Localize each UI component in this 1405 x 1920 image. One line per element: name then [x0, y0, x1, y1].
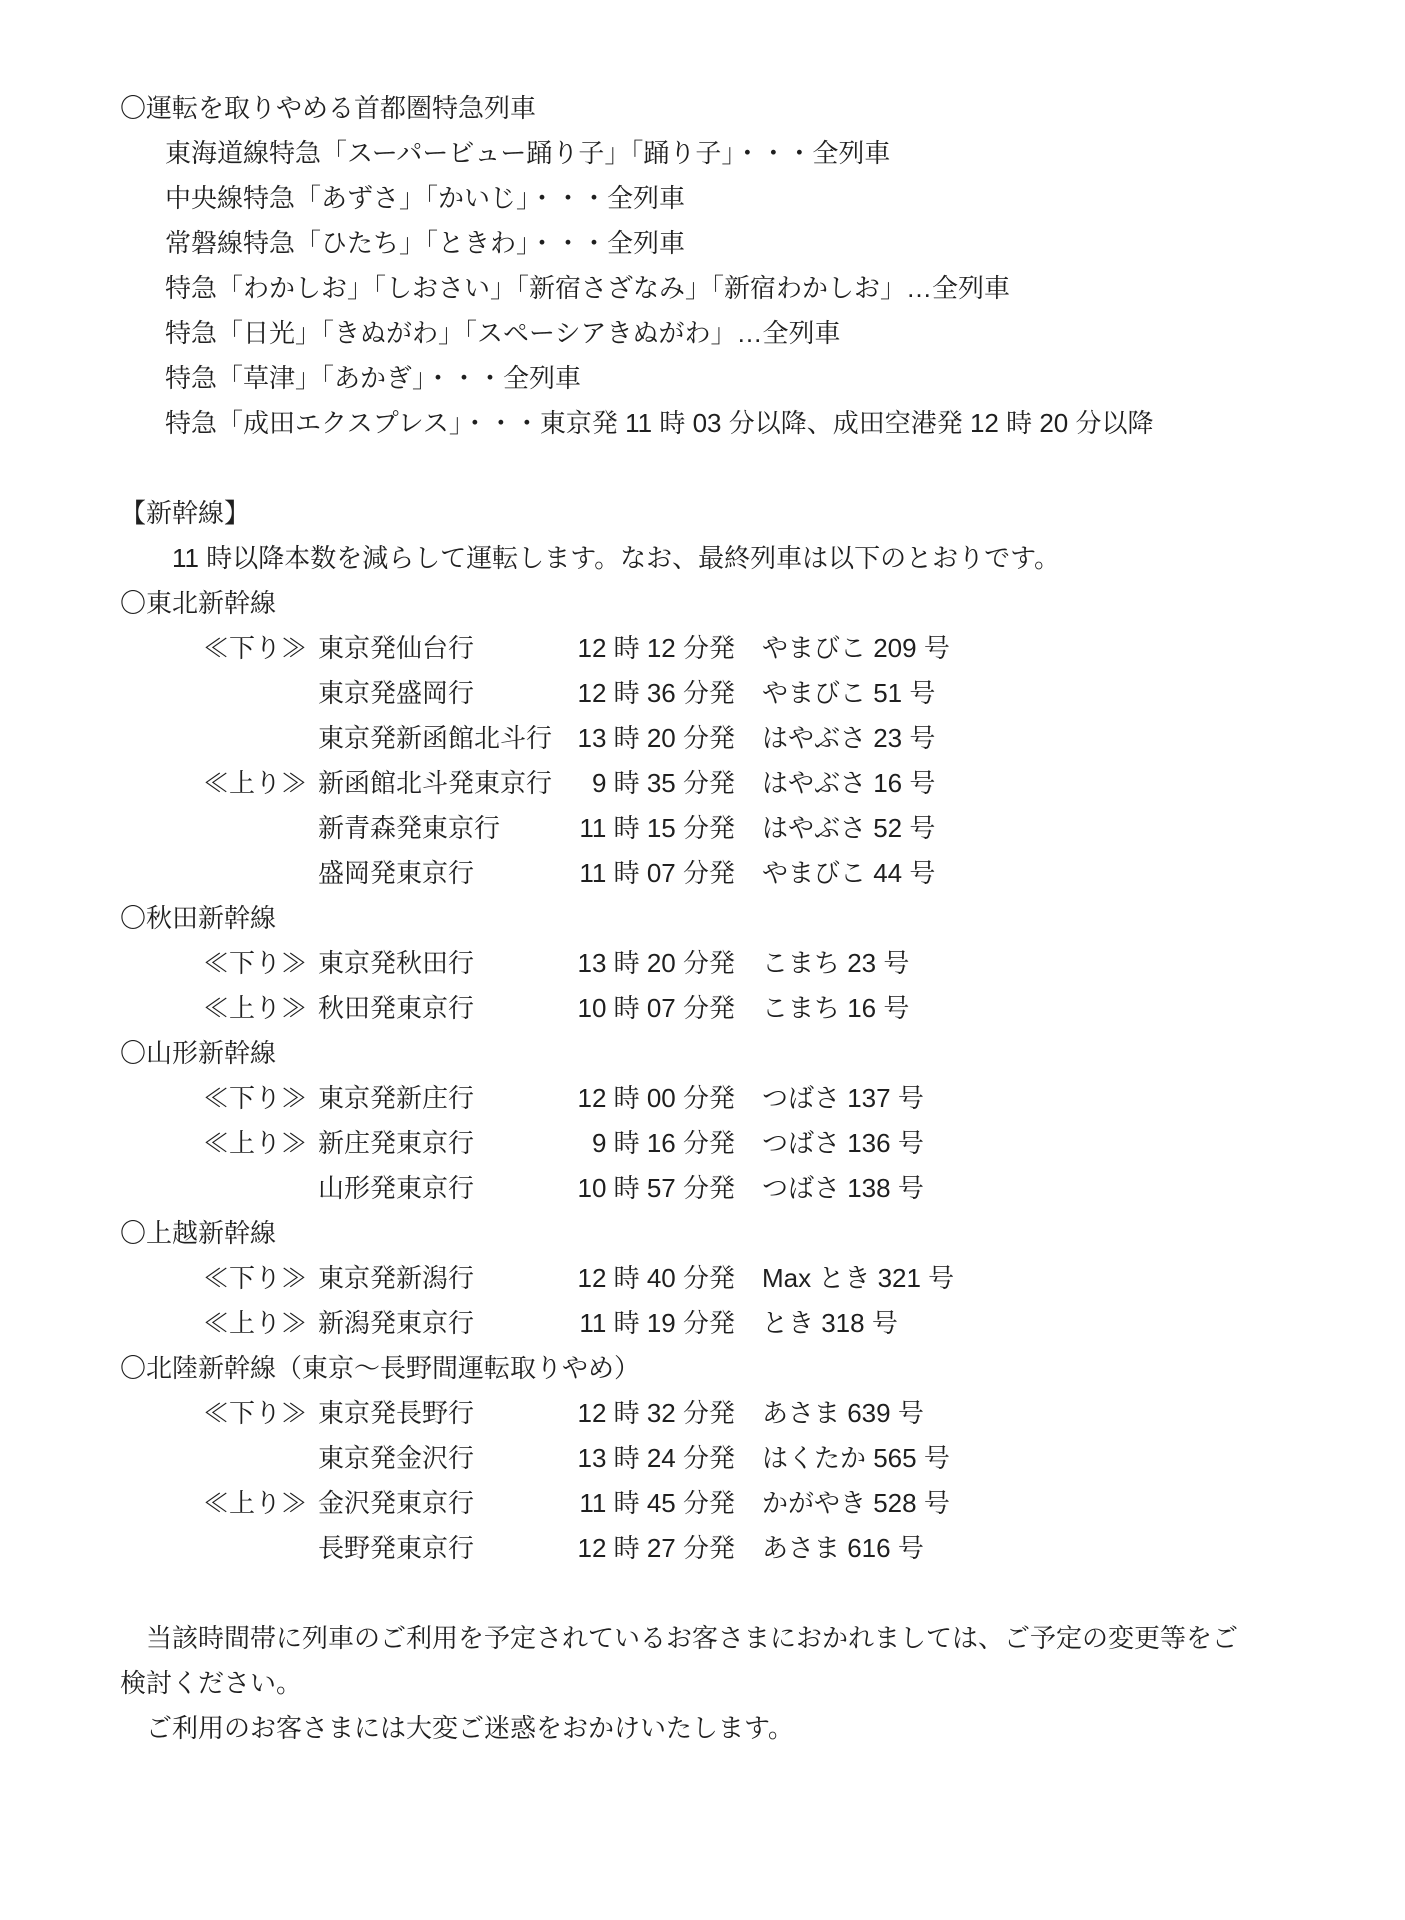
direction-cell: ≪上り≫ — [203, 761, 318, 806]
departure-time-cell: 12 時 32 分発 — [567, 1391, 735, 1436]
suspended-train-item: 特急「わかしお」「しおさい」「新宿さざなみ」「新宿わかしお」…全列車 — [165, 266, 1345, 311]
departure-time-cell: 11 時 07 分発 — [567, 851, 735, 896]
direction-cell: ≪上り≫ — [203, 1481, 318, 1526]
suspended-train-item: 特急「日光」「きぬがわ」「スペーシアきぬがわ」…全列車 — [165, 311, 1345, 356]
section-spacer — [120, 1571, 1345, 1616]
suspended-train-item: 特急「成田エクスプレス」・・・東京発 11 時 03 分以降、成田空港発 12 … — [165, 401, 1345, 446]
departure-time-cell: 11 時 15 分発 — [567, 806, 735, 851]
departure-time-cell: 12 時 27 分発 — [567, 1526, 735, 1571]
shinkansen-line-joetsu: 〇上越新幹線 ≪下り≫ 東京発新潟行 12 時 40 分発 Max とき 321… — [120, 1211, 1345, 1346]
notice-document: 〇運転を取りやめる首都圏特急列車 東海道線特急「スーパービュー踊り子」「踊り子」… — [0, 0, 1405, 1751]
suspended-train-item: 常磐線特急「ひたち」「ときわ」・・・全列車 — [165, 221, 1345, 266]
route-cell: 秋田発東京行 — [318, 986, 567, 1031]
line-heading-joetsu: 〇上越新幹線 — [120, 1211, 1345, 1256]
train-row: ≪下り≫ 東京発仙台行 12 時 12 分発 やまびこ 209 号 — [203, 626, 1345, 671]
train-row: 東京発盛岡行 12 時 36 分発 やまびこ 51 号 — [203, 671, 1345, 716]
direction-cell: ≪上り≫ — [203, 1121, 318, 1166]
suspended-train-item: 中央線特急「あずさ」「かいじ」・・・全列車 — [165, 176, 1345, 221]
train-name-cell: やまびこ 44 号 — [762, 851, 935, 896]
departure-time-cell: 11 時 45 分発 — [567, 1481, 735, 1526]
train-row: ≪下り≫ 東京発新庄行 12 時 00 分発 つばさ 137 号 — [203, 1076, 1345, 1121]
line-heading-tohoku: 〇東北新幹線 — [120, 581, 1345, 626]
route-cell: 東京発秋田行 — [318, 941, 567, 986]
direction-cell: ≪下り≫ — [203, 1076, 318, 1121]
shinkansen-line-yamagata: 〇山形新幹線 ≪下り≫ 東京発新庄行 12 時 00 分発 つばさ 137 号 … — [120, 1031, 1345, 1211]
train-name-cell: あさま 639 号 — [762, 1391, 924, 1436]
train-name-cell: こまち 16 号 — [762, 986, 909, 1031]
train-name-cell: やまびこ 51 号 — [762, 671, 935, 716]
closing-paragraph-line-2: 検討ください。 — [120, 1661, 1345, 1706]
shinkansen-section: 【新幹線】 11 時以降本数を減らして運転します。なお、最終列車は以下のとおりで… — [120, 491, 1345, 1571]
line-heading-yamagata: 〇山形新幹線 — [120, 1031, 1345, 1076]
train-row: 東京発新函館北斗行 13 時 20 分発 はやぶさ 23 号 — [203, 716, 1345, 761]
train-name-cell: こまち 23 号 — [762, 941, 909, 986]
suspended-trains-section: 〇運転を取りやめる首都圏特急列車 東海道線特急「スーパービュー踊り子」「踊り子」… — [120, 86, 1345, 446]
direction-cell: ≪上り≫ — [203, 1301, 318, 1346]
departure-time-cell: 13 時 24 分発 — [567, 1436, 735, 1481]
route-cell: 東京発長野行 — [318, 1391, 567, 1436]
train-name-cell: はくたか 565 号 — [762, 1436, 950, 1481]
line-heading-hokuriku: 〇北陸新幹線（東京～長野間運転取りやめ） — [120, 1346, 1345, 1391]
section-spacer — [120, 446, 1345, 491]
direction-cell — [203, 851, 318, 896]
direction-cell: ≪下り≫ — [203, 1391, 318, 1436]
route-cell: 東京発盛岡行 — [318, 671, 567, 716]
departure-time-cell: 11 時 19 分発 — [567, 1301, 735, 1346]
train-row: 山形発東京行 10 時 57 分発 つばさ 138 号 — [203, 1166, 1345, 1211]
shinkansen-heading: 【新幹線】 — [120, 491, 1345, 536]
suspended-trains-heading: 〇運転を取りやめる首都圏特急列車 — [120, 86, 1345, 131]
closing-paragraph-line-1: 当該時間帯に列車のご利用を予定されているお客さまにおかれましては、ご予定の変更等… — [146, 1616, 1345, 1661]
route-cell: 新函館北斗発東京行 — [318, 761, 567, 806]
route-cell: 長野発東京行 — [318, 1526, 567, 1571]
departure-time-cell: 9 時 35 分発 — [567, 761, 735, 806]
direction-cell: ≪下り≫ — [203, 626, 318, 671]
route-cell: 東京発新函館北斗行 — [318, 716, 567, 761]
direction-cell — [203, 1526, 318, 1571]
train-row: 長野発東京行 12 時 27 分発 あさま 616 号 — [203, 1526, 1345, 1571]
train-row: 盛岡発東京行 11 時 07 分発 やまびこ 44 号 — [203, 851, 1345, 896]
train-row: ≪上り≫ 秋田発東京行 10 時 07 分発 こまち 16 号 — [203, 986, 1345, 1031]
train-name-cell: つばさ 137 号 — [762, 1076, 924, 1121]
train-row: ≪上り≫ 新庄発東京行 9 時 16 分発 つばさ 136 号 — [203, 1121, 1345, 1166]
route-cell: 東京発新庄行 — [318, 1076, 567, 1121]
train-name-cell: はやぶさ 23 号 — [762, 716, 935, 761]
train-row: ≪上り≫ 新潟発東京行 11 時 19 分発 とき 318 号 — [203, 1301, 1345, 1346]
departure-time-cell: 12 時 12 分発 — [567, 626, 735, 671]
train-row: 東京発金沢行 13 時 24 分発 はくたか 565 号 — [203, 1436, 1345, 1481]
train-row: ≪下り≫ 東京発秋田行 13 時 20 分発 こまち 23 号 — [203, 941, 1345, 986]
route-cell: 新庄発東京行 — [318, 1121, 567, 1166]
departure-time-cell: 12 時 36 分発 — [567, 671, 735, 716]
direction-cell: ≪上り≫ — [203, 986, 318, 1031]
route-cell: 盛岡発東京行 — [318, 851, 567, 896]
train-name-cell: とき 318 号 — [762, 1301, 898, 1346]
train-name-cell: はやぶさ 16 号 — [762, 761, 935, 806]
departure-time-cell: 13 時 20 分発 — [567, 941, 735, 986]
train-name-cell: かがやき 528 号 — [762, 1481, 950, 1526]
departure-time-cell: 12 時 00 分発 — [567, 1076, 735, 1121]
train-row: ≪下り≫ 東京発長野行 12 時 32 分発 あさま 639 号 — [203, 1391, 1345, 1436]
closing-section: 当該時間帯に列車のご利用を予定されているお客さまにおかれましては、ご予定の変更等… — [120, 1616, 1345, 1751]
direction-cell — [203, 806, 318, 851]
train-row: ≪上り≫ 金沢発東京行 11 時 45 分発 かがやき 528 号 — [203, 1481, 1345, 1526]
train-name-cell: やまびこ 209 号 — [762, 626, 950, 671]
departure-time-cell: 10 時 07 分発 — [567, 986, 735, 1031]
shinkansen-line-hokuriku: 〇北陸新幹線（東京～長野間運転取りやめ） ≪下り≫ 東京発長野行 12 時 32… — [120, 1346, 1345, 1571]
direction-cell: ≪下り≫ — [203, 1256, 318, 1301]
train-row: 新青森発東京行 11 時 15 分発 はやぶさ 52 号 — [203, 806, 1345, 851]
direction-cell — [203, 716, 318, 761]
departure-time-cell: 12 時 40 分発 — [567, 1256, 735, 1301]
train-name-cell: はやぶさ 52 号 — [762, 806, 935, 851]
departure-time-cell: 13 時 20 分発 — [567, 716, 735, 761]
suspended-train-item: 東海道線特急「スーパービュー踊り子」「踊り子」・・・全列車 — [165, 131, 1345, 176]
route-cell: 金沢発東京行 — [318, 1481, 567, 1526]
route-cell: 東京発仙台行 — [318, 626, 567, 671]
direction-cell — [203, 1166, 318, 1211]
train-name-cell: つばさ 136 号 — [762, 1121, 924, 1166]
closing-paragraph-line-3: ご利用のお客さまには大変ご迷惑をおかけいたします。 — [146, 1706, 1345, 1751]
suspended-train-item: 特急「草津」「あかぎ」・・・全列車 — [165, 356, 1345, 401]
direction-cell — [203, 671, 318, 716]
train-row: ≪上り≫ 新函館北斗発東京行 9 時 35 分発 はやぶさ 16 号 — [203, 761, 1345, 806]
shinkansen-intro: 11 時以降本数を減らして運転します。なお、最終列車は以下のとおりです。 — [172, 536, 1345, 581]
route-cell: 東京発新潟行 — [318, 1256, 567, 1301]
route-cell: 東京発金沢行 — [318, 1436, 567, 1481]
route-cell: 山形発東京行 — [318, 1166, 567, 1211]
train-row: ≪下り≫ 東京発新潟行 12 時 40 分発 Max とき 321 号 — [203, 1256, 1345, 1301]
shinkansen-line-tohoku: 〇東北新幹線 ≪下り≫ 東京発仙台行 12 時 12 分発 やまびこ 209 号… — [120, 581, 1345, 896]
train-name-cell: あさま 616 号 — [762, 1526, 924, 1571]
route-cell: 新青森発東京行 — [318, 806, 567, 851]
direction-cell: ≪下り≫ — [203, 941, 318, 986]
shinkansen-line-akita: 〇秋田新幹線 ≪下り≫ 東京発秋田行 13 時 20 分発 こまち 23 号 ≪… — [120, 896, 1345, 1031]
departure-time-cell: 9 時 16 分発 — [567, 1121, 735, 1166]
line-heading-akita: 〇秋田新幹線 — [120, 896, 1345, 941]
train-name-cell: Max とき 321 号 — [762, 1256, 954, 1301]
direction-cell — [203, 1436, 318, 1481]
train-name-cell: つばさ 138 号 — [762, 1166, 924, 1211]
route-cell: 新潟発東京行 — [318, 1301, 567, 1346]
departure-time-cell: 10 時 57 分発 — [567, 1166, 735, 1211]
